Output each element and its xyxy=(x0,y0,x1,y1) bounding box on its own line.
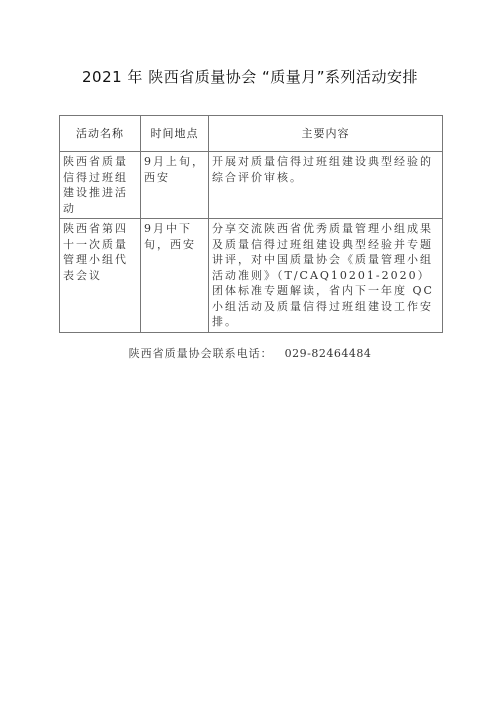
header-time-place: 时间地点 xyxy=(141,116,209,152)
content-cell: 开展对质量信得过班组建设典型经验的综合评价审核。 xyxy=(209,152,443,219)
content-cell: 分享交流陕西省优秀质量管理小组成果及质量信得过班组建设典型经验并专题讲评，对中国… xyxy=(209,219,443,333)
table-row: 陕西省第四十一次质量管理小组代表会议 9月中下旬，西安 分享交流陕西省优秀质量管… xyxy=(60,219,443,333)
contact-line: 陕西省质量协会联系电话：029-82464484 xyxy=(0,345,500,361)
table-row: 陕西省质量信得过班组建设推进活动 9月上旬，西安 开展对质量信得过班组建设典型经… xyxy=(60,152,443,219)
contact-phone: 029-82464484 xyxy=(285,347,372,360)
time-place-cell: 9月中下旬，西安 xyxy=(141,219,209,333)
activity-name-cell: 陕西省第四十一次质量管理小组代表会议 xyxy=(60,219,141,333)
time-place-cell: 9月上旬，西安 xyxy=(141,152,209,219)
activity-schedule-table: 活动名称 时间地点 主要内容 陕西省质量信得过班组建设推进活动 9月上旬，西安 … xyxy=(59,115,443,333)
document-title: 2021 年 陕西省质量协会 “质量月”系列活动安排 xyxy=(0,66,500,87)
activity-name-cell: 陕西省质量信得过班组建设推进活动 xyxy=(60,152,141,219)
header-activity-name: 活动名称 xyxy=(60,116,141,152)
table-header-row: 活动名称 时间地点 主要内容 xyxy=(60,116,443,152)
header-main-content: 主要内容 xyxy=(209,116,443,152)
contact-label: 陕西省质量协会联系电话： xyxy=(129,347,273,360)
